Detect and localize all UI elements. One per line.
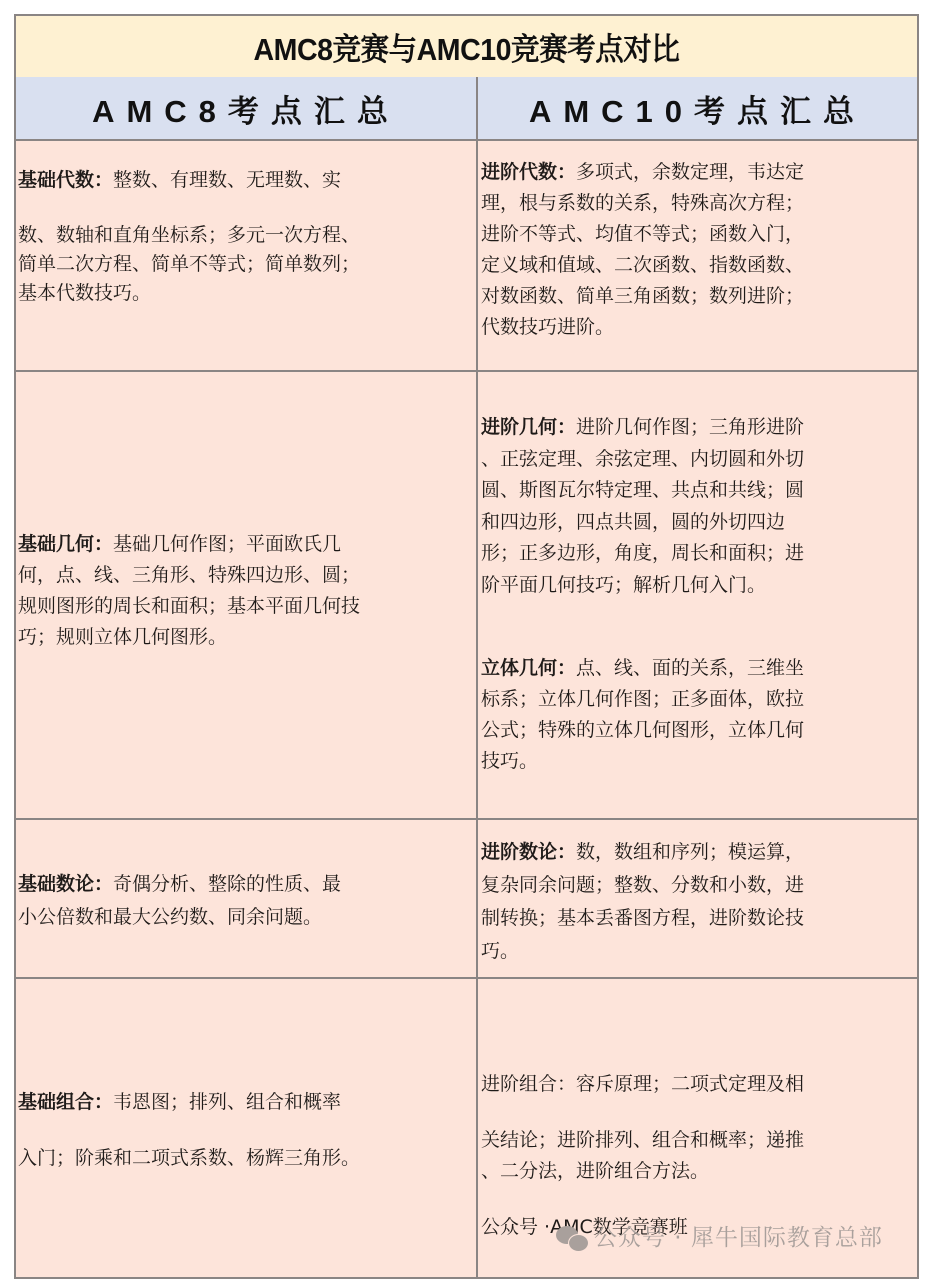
watermark-text: 公众号 · 犀牛国际教育总部	[594, 1223, 883, 1255]
cell-amc8-geometry: 基础几何：基础几何作图；平面欧氏几 何，点、线、三角形、特殊四边形、圆； 规则图…	[16, 372, 478, 818]
wechat-icon	[556, 1226, 590, 1252]
amc10-combinatorics-text: 进阶组合：容斥原理；二项式定理及相 关结论；进阶排列、组合和概率；递推 、二分法…	[481, 1069, 859, 1243]
cell-amc10-number-theory: 进阶数论：数，数组和序列；模运算， 复杂同余问题；整数、分数和小数，进 制转换；…	[478, 820, 917, 977]
amc10-solid-geometry-text: 立体几何：点、线、面的关系，三维坐 标系；立体几何作图；正多面体，欧拉 公式；特…	[481, 653, 859, 777]
header-amc8: AMC8考点汇总	[16, 77, 478, 139]
amc10-algebra-text: 进阶代数：多项式，余数定理，韦达定 理，根与系数的关系，特殊高次方程； 进阶不等…	[481, 157, 859, 343]
cell-amc10-geometry: 进阶几何：进阶几何作图；三角形进阶 、正弦定理、余弦定理、内切圆和外切 圆、斯图…	[478, 372, 917, 818]
header-row: AMC8考点汇总 AMC10考点汇总	[16, 77, 917, 141]
amc10-plane-geometry-text: 进阶几何：进阶几何作图；三角形进阶 、正弦定理、余弦定理、内切圆和外切 圆、斯图…	[481, 412, 859, 601]
amc10-number-theory-text: 进阶数论：数，数组和序列；模运算， 复杂同余问题；整数、分数和小数，进 制转换；…	[481, 836, 859, 968]
page-title: AMC8竞赛与AMC10竞赛考点对比	[254, 24, 680, 69]
table-row-geometry: 基础几何：基础几何作图；平面欧氏几 何，点、线、三角形、特殊四边形、圆； 规则图…	[16, 372, 917, 820]
amc8-geometry-text: 基础几何：基础几何作图；平面欧氏几 何，点、线、三角形、特殊四边形、圆； 规则图…	[18, 529, 426, 653]
table-row-combinatorics: 基础组合：韦恩图；排列、组合和概率 入门；阶乘和二项式系数、杨辉三角形。 进阶组…	[16, 979, 917, 1277]
amc8-number-theory-text: 基础数论：奇偶分析、整除的性质、最 小公倍数和最大公约数、同余问题。	[18, 868, 426, 934]
comparison-table: AMC8竞赛与AMC10竞赛考点对比 AMC8考点汇总 AMC10考点汇总 基础…	[14, 14, 919, 1279]
watermark: 公众号 · 犀牛国际教育总部	[556, 1223, 883, 1255]
cell-amc10-algebra: 进阶代数：多项式，余数定理，韦达定 理，根与系数的关系，特殊高次方程； 进阶不等…	[478, 139, 917, 370]
title-row: AMC8竞赛与AMC10竞赛考点对比	[16, 16, 917, 79]
header-amc10: AMC10考点汇总	[478, 77, 917, 139]
table-row-algebra: 基础代数：整数、有理数、无理数、实 数、数轴和直角坐标系；多元一次方程、 简单二…	[16, 139, 917, 372]
cell-amc10-combinatorics: 进阶组合：容斥原理；二项式定理及相 关结论；进阶排列、组合和概率；递推 、二分法…	[478, 979, 917, 1277]
table-row-number-theory: 基础数论：奇偶分析、整除的性质、最 小公倍数和最大公约数、同余问题。 进阶数论：…	[16, 820, 917, 979]
cell-amc8-algebra: 基础代数：整数、有理数、无理数、实 数、数轴和直角坐标系；多元一次方程、 简单二…	[16, 139, 478, 370]
amc8-combinatorics-text: 基础组合：韦恩图；排列、组合和概率 入门；阶乘和二项式系数、杨辉三角形。	[18, 1087, 426, 1174]
amc8-algebra-text: 基础代数：整数、有理数、无理数、实 数、数轴和直角坐标系；多元一次方程、 简单二…	[18, 166, 426, 308]
cell-amc8-combinatorics: 基础组合：韦恩图；排列、组合和概率 入门；阶乘和二项式系数、杨辉三角形。	[16, 979, 478, 1277]
cell-amc8-number-theory: 基础数论：奇偶分析、整除的性质、最 小公倍数和最大公约数、同余问题。	[16, 820, 478, 977]
